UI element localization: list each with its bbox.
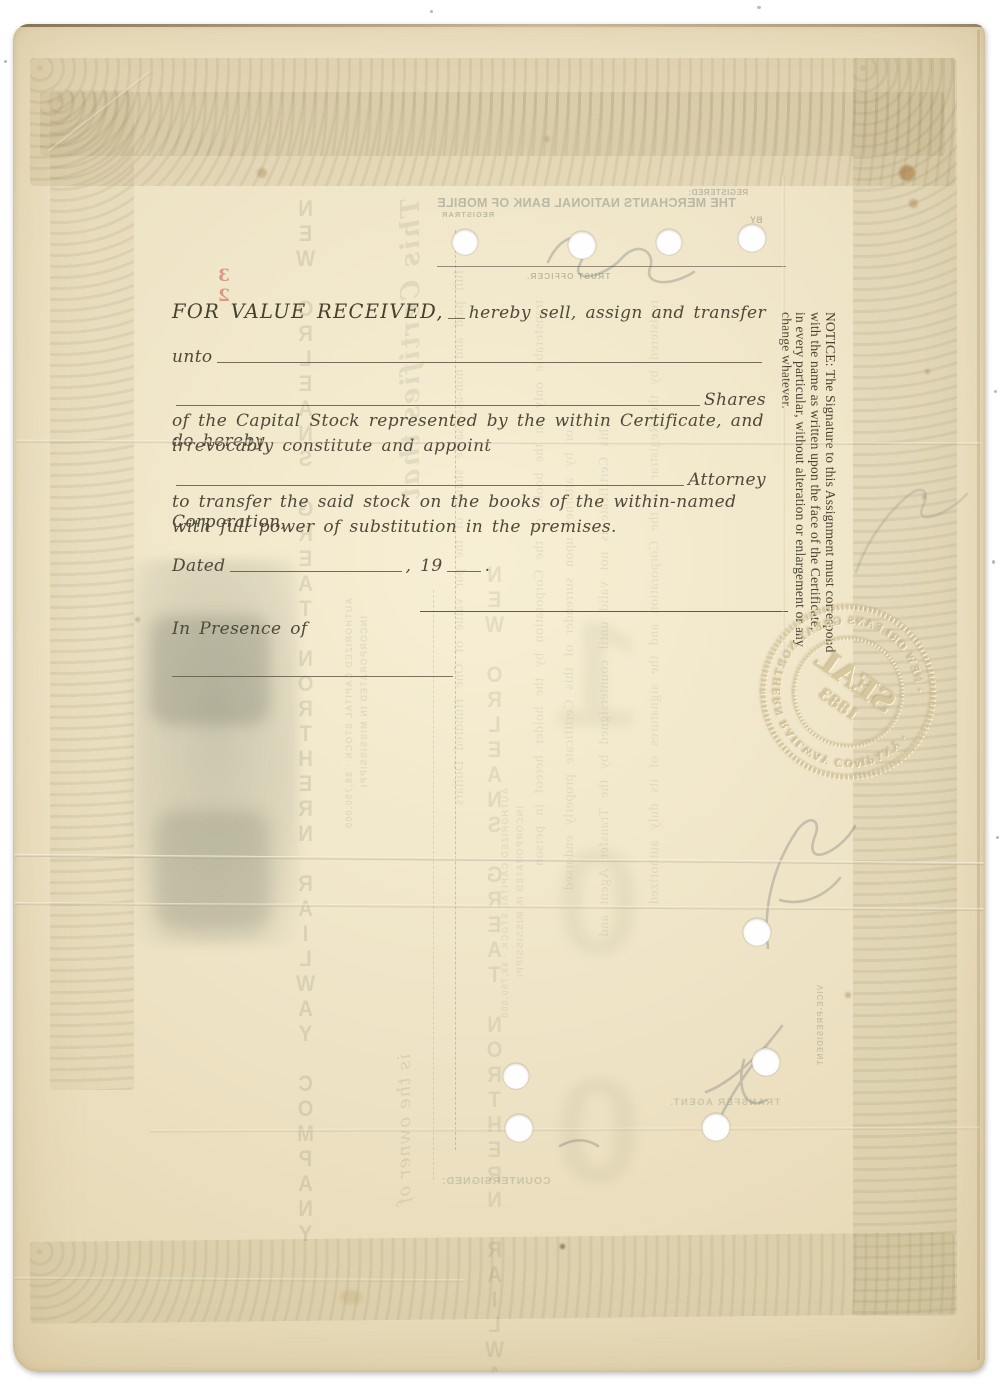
punch-hole [752,1048,780,1076]
punch-hole [568,231,596,259]
punch-hole [656,229,682,255]
ghost-signature-below-seal [767,820,855,948]
certificate-back-paper: NEW ORLEANS GREAT NORTHERN RAILWAY COMPA… [13,24,985,1372]
stain [922,495,926,499]
stain [257,168,267,178]
dust-speck [757,6,761,9]
stain [560,1244,565,1249]
crease-vertical [782,175,785,665]
punch-hole [503,1063,529,1089]
dust-speck [992,560,995,564]
stain [909,199,918,208]
stain [845,992,851,998]
ghost-signature-small [560,1140,598,1146]
punch-hole [505,1114,533,1142]
punch-hole [452,229,478,255]
dust-speck [430,10,433,13]
stain [544,136,550,142]
ghost-signatures [13,24,985,1372]
stain [899,165,915,181]
paper-content: NEW ORLEANS GREAT NORTHERN RAILWAY COMPA… [13,24,985,1372]
punch-hole [738,224,766,252]
ghost-signature-right [856,490,967,572]
dust-speck [4,60,7,63]
dust-speck [994,390,997,393]
stain [340,1290,362,1304]
dust-speck [996,836,999,839]
stain [135,617,140,622]
stain [925,369,930,374]
punch-hole [702,1113,730,1141]
punch-hole [743,918,771,946]
